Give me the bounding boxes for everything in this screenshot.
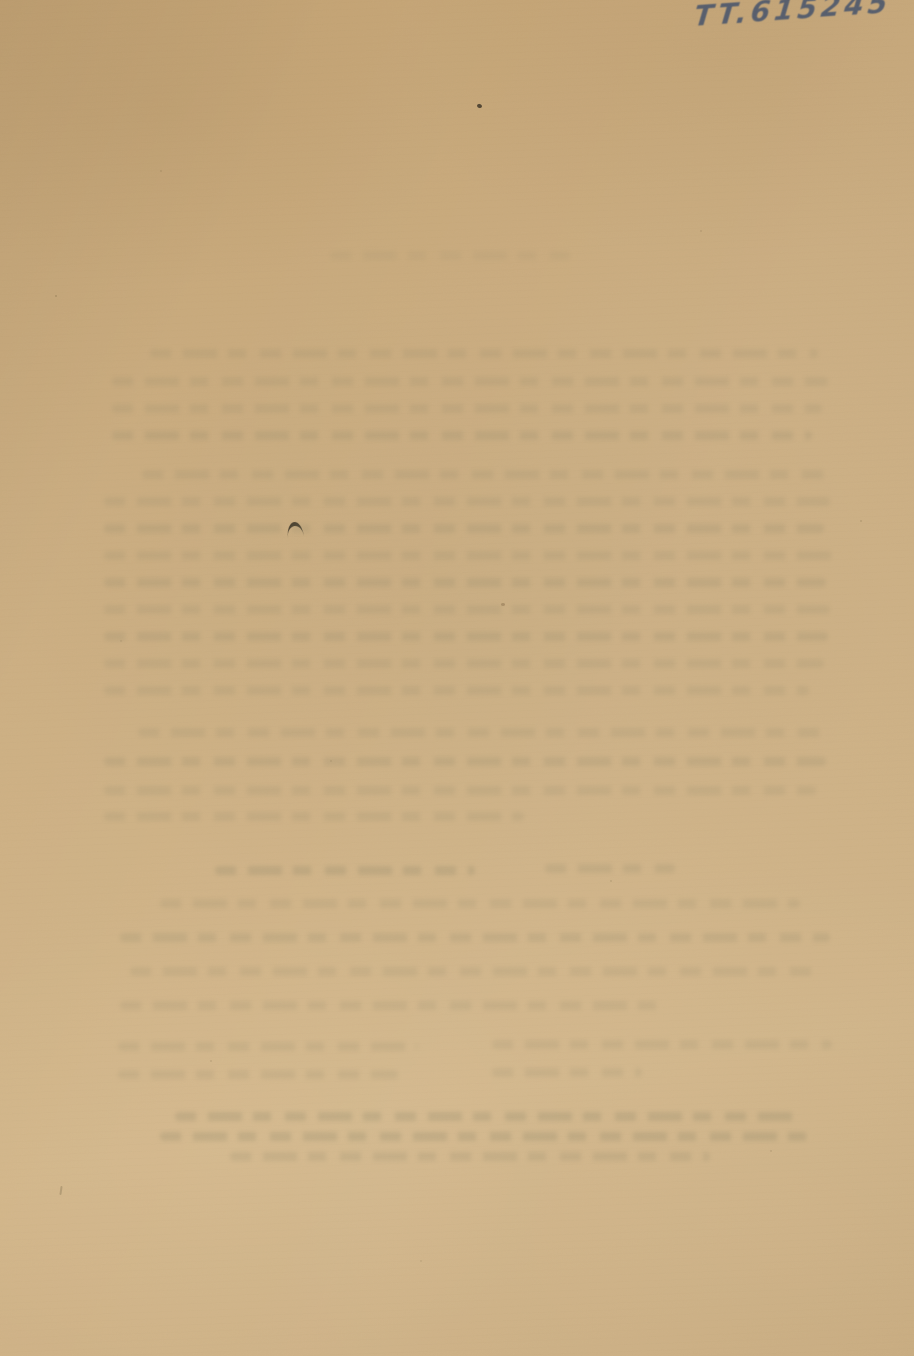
bleedthrough-line <box>104 786 816 795</box>
bleedthrough-line <box>138 728 826 737</box>
bleedthrough-line <box>104 757 826 766</box>
paper-flecks <box>0 0 2 2</box>
bleedthrough-line <box>150 349 818 358</box>
bleedthrough-line <box>330 251 570 260</box>
bleedthrough-line <box>104 578 826 587</box>
bleedthrough-line <box>104 524 824 533</box>
bleedthrough-line <box>104 659 824 668</box>
bleedthrough-line <box>118 1042 418 1051</box>
bleedthrough-line <box>160 1132 810 1141</box>
bleedthrough-line <box>112 404 822 413</box>
bleedthrough-line <box>492 1040 832 1049</box>
bleedthrough-line <box>104 605 830 614</box>
bleedthrough-line <box>160 899 800 908</box>
bleedthrough-line <box>104 632 828 641</box>
bleedthrough-line <box>112 377 828 386</box>
ink-speck <box>476 103 482 108</box>
bleedthrough-line <box>130 967 820 976</box>
bleedthrough-line <box>142 470 832 479</box>
bleedthrough-line <box>120 1001 660 1010</box>
bleedthrough-line <box>104 686 809 695</box>
bleedthrough-smudge <box>215 866 475 875</box>
bleedthrough-line <box>230 1152 710 1161</box>
bleedthrough-line <box>104 497 830 506</box>
bleedthrough-line <box>104 551 832 560</box>
ink-speck <box>59 1186 62 1195</box>
bleedthrough-line <box>545 864 675 873</box>
scanned-blank-page: TT.615245 <box>0 0 914 1356</box>
bleedthrough-line <box>492 1068 642 1077</box>
bleedthrough-line <box>104 812 524 821</box>
bleedthrough-line <box>112 431 812 440</box>
bleedthrough-line <box>175 1112 800 1121</box>
bleedthrough-line <box>118 1070 398 1079</box>
bleedthrough-line <box>120 933 830 942</box>
handwritten-annotation: TT.615245 <box>693 0 894 33</box>
